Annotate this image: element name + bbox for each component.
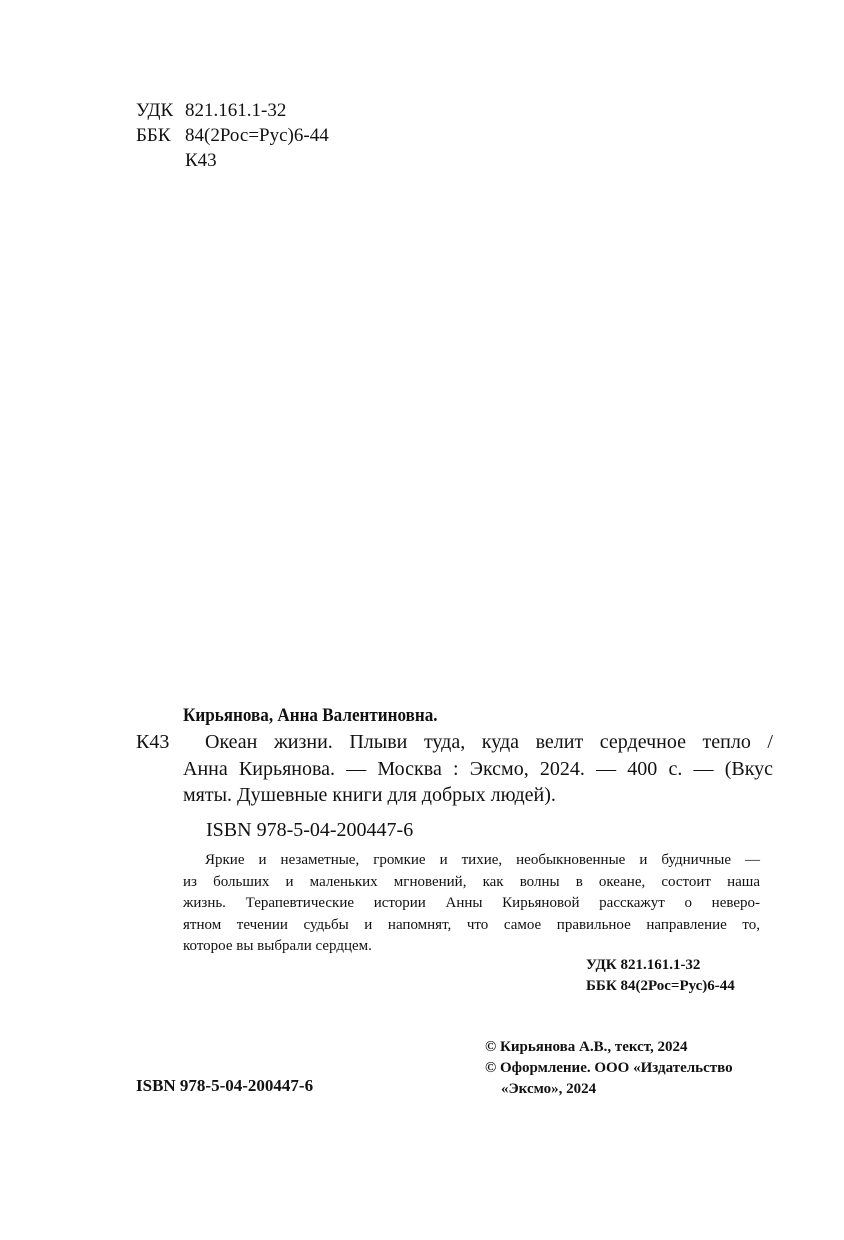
udk-row: УДК 821.161.1-32 (136, 98, 329, 123)
bbk-code: 84(2Рос=Рус)6-44 (185, 123, 329, 148)
catalog-author: Кирьянова, Анна Валентиновна. (183, 704, 438, 728)
catalog-author-mark: К43 (136, 729, 169, 755)
top-classification: УДК 821.161.1-32 ББК 84(2Рос=Рус)6-44 К4… (136, 98, 329, 173)
catalog-line: Океан жизни. Плыви туда, куда велит серд… (183, 729, 773, 756)
bottom-udk: УДК 821.161.1-32 (586, 955, 735, 976)
copyright-block: © Кирьянова А.В., текст, 2024 © Оформлен… (485, 1037, 733, 1100)
udk-label: УДК (136, 98, 185, 123)
catalog-description: Океан жизни. Плыви туда, куда велит серд… (183, 729, 773, 809)
bottom-bbk: ББК 84(2Рос=Рус)6-44 (586, 976, 735, 997)
catalog-isbn: ISBN 978-5-04-200447-6 (206, 817, 413, 843)
catalog-line: Анна Кирьянова. — Москва : Эксмо, 2024. … (183, 756, 773, 783)
annotation-line: жизнь. Терапевтические истории Анны Кирь… (183, 893, 760, 915)
bottom-classification: УДК 821.161.1-32 ББК 84(2Рос=Рус)6-44 (586, 955, 735, 997)
copyright-design: © Оформление. ООО «Издательство (485, 1058, 733, 1079)
annotation-line: ятном течении судьбы и напомнят, что сам… (183, 915, 760, 937)
annotation: Яркие и незаметные, громкие и тихие, нео… (183, 850, 760, 958)
copyright-author: © Кирьянова А.В., текст, 2024 (485, 1037, 733, 1058)
bbk-label: ББК (136, 123, 185, 148)
annotation-line: из больших и маленьких мгновений, как во… (183, 872, 760, 894)
author-mark: К43 (136, 148, 329, 173)
isbn-bottom: ISBN 978-5-04-200447-6 (136, 1075, 313, 1097)
annotation-line: Яркие и незаметные, громкие и тихие, нео… (183, 850, 760, 872)
udk-code: 821.161.1-32 (185, 98, 286, 123)
bbk-row: ББК 84(2Рос=Рус)6-44 (136, 123, 329, 148)
copyright-publisher: «Эксмо», 2024 (485, 1079, 733, 1100)
catalog-line: мяты. Душевные книги для добрых людей). (183, 782, 773, 809)
